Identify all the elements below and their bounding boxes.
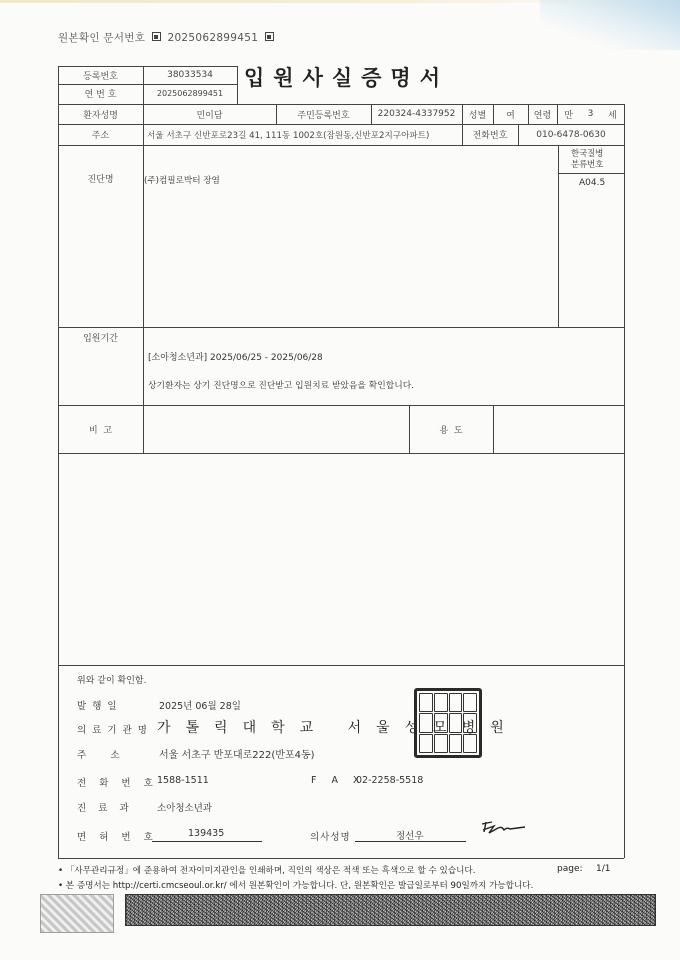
inst-phone: 1588-1511 (157, 775, 209, 786)
doc-check-label: 원본확인 문서번호 (58, 32, 145, 44)
patient-name-label: 환자성명 (58, 104, 143, 124)
serial-value: 2025062899451 (143, 84, 237, 103)
anti-forgery-barcode (125, 894, 656, 926)
purpose-value (493, 405, 624, 453)
doctor-signature-icon (480, 818, 528, 838)
reg-no-value: 38033534 (143, 66, 237, 84)
hospital-seal-icon (414, 688, 482, 758)
age-prefix: 만 (564, 108, 573, 121)
remarks-value (143, 405, 409, 453)
doctor-label: 의사성명 (310, 829, 351, 843)
inst-address-label: 주 소 (77, 747, 120, 761)
rrn-value: 220324-4337952 (371, 104, 462, 124)
admission-period: [소아청소년과] 2025/06/25 - 2025/06/28 (148, 350, 323, 363)
verification-code-icon (40, 894, 114, 933)
fax-value: 02-2258-5518 (356, 775, 423, 786)
age-label: 연령 (528, 104, 557, 124)
license-label: 면 허 번 호 (77, 829, 158, 843)
age-suffix: 세 (608, 108, 617, 121)
sex-value: 여 (493, 104, 528, 124)
kcd-code: A04.5 (579, 178, 605, 188)
rrn-label: 주민등록번호 (276, 104, 371, 124)
address-label: 주소 (58, 124, 143, 145)
reg-no-label: 등록번호 (58, 66, 143, 84)
doc-check-number: 2025062899451 (167, 32, 258, 44)
institution-label: 의료기관명 (77, 722, 153, 736)
remarks-label: 비 고 (58, 405, 143, 453)
kcd-label-2: 분류번호 (571, 158, 603, 170)
patient-name: 민이담 (143, 104, 276, 124)
sex-label: 성별 (462, 104, 493, 124)
purpose-label: 용 도 (409, 405, 493, 453)
age-number: 3 (588, 109, 594, 119)
document-title: 입원사실증명서 (244, 62, 449, 92)
admission-label: 입원기간 (58, 329, 143, 345)
inst-phone-label: 전 화 번 호 (77, 775, 158, 789)
dept-value: 소아청소년과 (157, 800, 212, 814)
footer-note-regulation: • 「사무관리규정」에 준용하여 전자이미지관인을 인쇄하며, 직인의 색상은 … (58, 864, 475, 876)
issue-date-label: 발 행 일 (77, 698, 149, 712)
license-number: 139435 (188, 828, 224, 839)
diagnosis-value: (주)컴필로박터 장염 (144, 174, 220, 186)
confirmation-intro: 위와 같이 확인함. (77, 673, 146, 686)
box-marker-icon (152, 32, 161, 41)
phone-value: 010-6478-0630 (518, 124, 624, 145)
original-document-number: 원본확인 문서번호 2025062899451 (58, 30, 277, 45)
age-value: 만 3 세 (557, 104, 624, 124)
diagnosis-label: 진단명 (58, 168, 143, 188)
page-label: page: (557, 864, 583, 874)
address-value: 서울 서초구 신반포로23길 41, 111동 1002호(잠원동,신반포2지구… (143, 124, 462, 145)
page-value: 1/1 (596, 864, 610, 874)
admission-statement: 상기환자는 상기 진단명으로 진단받고 입원치료 받았음을 확인합니다. (148, 378, 414, 391)
inst-address: 서울 서초구 반포대로222(반포4동) (159, 746, 315, 761)
phone-label: 전화번호 (462, 124, 518, 145)
box-marker-icon (265, 32, 274, 41)
issue-date: 2025년 06월 28일 (159, 698, 241, 712)
doctor-name: 정선우 (396, 828, 424, 842)
scan-tint (540, 0, 680, 50)
dept-label: 진 료 과 (77, 800, 129, 814)
footer-note-verification: • 본 증명서는 http://certi.cmcseoul.or.kr/ 에서… (58, 879, 533, 891)
serial-label: 연 번 호 (58, 84, 143, 103)
